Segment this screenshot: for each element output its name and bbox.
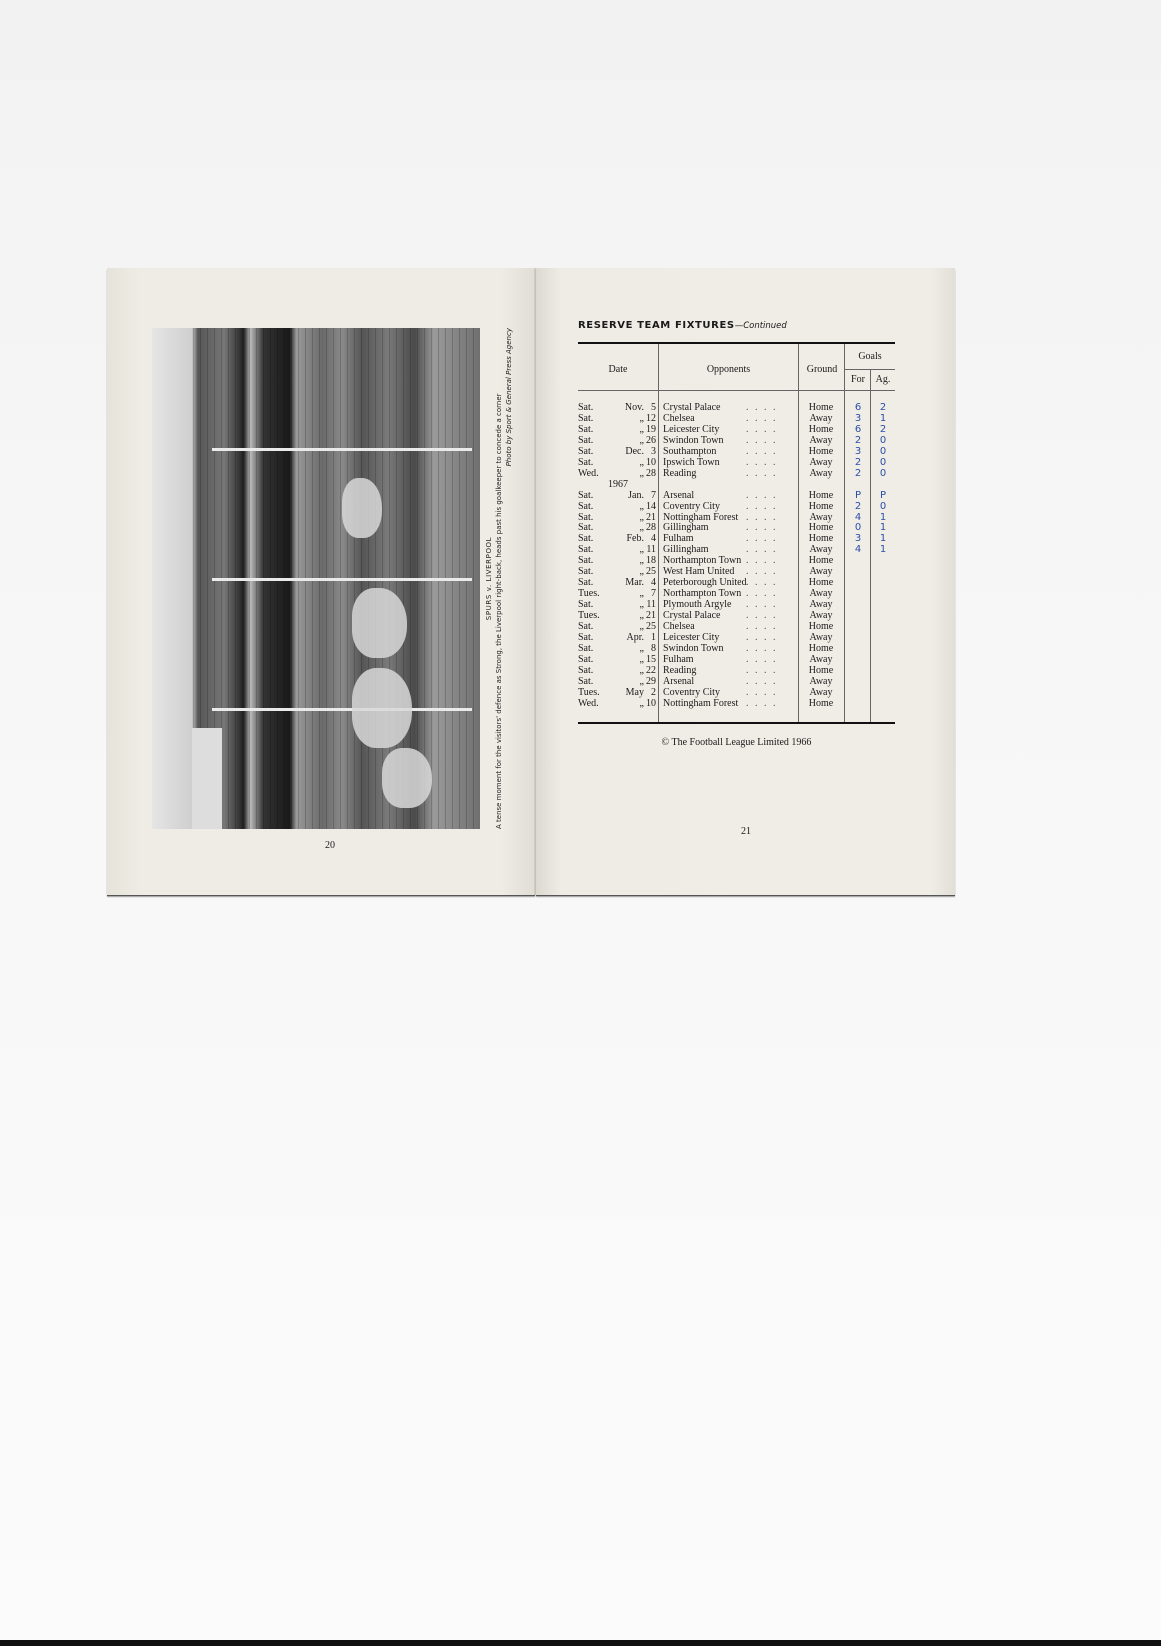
leader-dots: . . . . [746,665,778,676]
goals-against: 0 [871,446,895,457]
fixture-row: Sat.„22ReadingHome. . . . [578,665,895,676]
header-date: Date [578,364,658,375]
fixture-opponent: Plymouth Argyle [663,599,731,610]
fixture-opponent: Northampton Town [663,588,741,599]
fixture-opponent: Gillingham [663,522,709,533]
goals-against: P [871,490,895,501]
page-number-left: 20 [325,840,335,851]
fixture-day: Sat. [578,555,593,566]
fixture-day: Sat. [578,621,593,632]
fixture-month: „ [608,522,644,533]
left-page: SPURS v. LIVERPOOL A tense moment for th… [107,268,535,895]
fixture-date: 21 [642,610,656,621]
goals-against: 0 [871,457,895,468]
fixture-ground: Away [799,457,843,468]
fixture-opponent: Southampton [663,446,716,457]
fixture-date: 8 [642,643,656,654]
fixture-date: 22 [642,665,656,676]
caption-text: A tense moment for the visitors' defence… [494,328,504,829]
goals-for: 0 [846,522,870,533]
copyright-notice: © The Football League Limited 1966 [578,737,895,748]
fixture-month: „ [608,643,644,654]
right-page: RESERVE TEAM FIXTURES—Continued Date Opp… [536,268,955,895]
fixture-ground: Away [799,676,843,687]
title-text: RESERVE TEAM FIXTURES [578,320,735,331]
fixture-date: 29 [642,676,656,687]
goals-for: 4 [846,544,870,555]
fixture-row: Sat.Feb.4FulhamHome31. . . . [578,533,895,544]
fixture-date: 15 [642,654,656,665]
fixture-opponent: Reading [663,665,696,676]
fixture-date: 12 [642,413,656,424]
fixture-day: Sat. [578,512,593,523]
match-photo [152,328,480,829]
fixture-opponent: Chelsea [663,413,695,424]
fixture-date: 28 [642,522,656,533]
fixture-opponent: Nottingham Forest [663,512,738,523]
header-opponents: Opponents [659,364,798,375]
fixture-date: 21 [642,512,656,523]
caption-title: SPURS v. LIVERPOOL [484,328,494,829]
fixture-ground: Home [799,665,843,676]
leader-dots: . . . . [746,522,778,533]
fixture-ground: Away [799,544,843,555]
fixture-month: „ [608,544,644,555]
goals-against: 1 [871,544,895,555]
leader-dots: . . . . [746,490,778,501]
goals-for: 3 [846,446,870,457]
fixture-row: Sat.„10Ipswich TownAway20. . . . [578,457,895,468]
fixture-row: Sat.„25ChelseaHome. . . . [578,621,895,632]
fixture-opponent: Northampton Town [663,555,741,566]
fixture-month: Mar. [608,577,644,588]
goals-against: 0 [871,435,895,446]
goals-against: 1 [871,533,895,544]
fixture-month: „ [608,555,644,566]
fixture-month: „ [608,599,644,610]
fixture-day: Sat. [578,490,593,501]
fixture-month: „ [608,435,644,446]
fixture-month: „ [608,413,644,424]
leader-dots: . . . . [746,566,778,577]
fixture-row: Sat.„19Leicester CityHome62. . . . [578,424,895,435]
fixture-opponent: Chelsea [663,621,695,632]
fixture-ground: Home [799,555,843,566]
fixture-row: Wed.„28ReadingAway20. . . . [578,468,895,479]
fixture-ground: Home [799,533,843,544]
fixture-date: 19 [642,424,656,435]
fixture-row: Sat.„26Swindon TownAway20. . . . [578,435,895,446]
fixture-day: Sat. [578,435,593,446]
year-divider: 1967 [608,479,628,490]
fixture-month: „ [608,424,644,435]
leader-dots: . . . . [746,621,778,632]
fixture-date: 18 [642,555,656,566]
fixture-opponent: Reading [663,468,696,479]
fixture-opponent: Coventry City [663,501,720,512]
title-suffix: —Continued [735,321,787,331]
header-ground: Ground [799,364,845,375]
leader-dots: . . . . [746,402,778,413]
goals-for: 3 [846,413,870,424]
fixture-opponent: Peterborough United [663,577,747,588]
fixture-day: Sat. [578,566,593,577]
fixture-day: Wed. [578,698,599,709]
fixture-day: Sat. [578,599,593,610]
fixture-month: „ [608,457,644,468]
fixture-date: 25 [642,566,656,577]
fixture-row: Sat.„18Northampton TownHome. . . . [578,555,895,566]
fixture-row: Sat.Apr.1Leicester CityAway. . . . [578,632,895,643]
goals-for: 6 [846,424,870,435]
leader-dots: . . . . [746,501,778,512]
goals-for: 2 [846,468,870,479]
fixture-day: Sat. [578,632,593,643]
fixture-day: Tues. [578,610,600,621]
fixture-date: 11 [642,544,656,555]
fixture-ground: Away [799,435,843,446]
fixture-day: Sat. [578,457,593,468]
fixture-row: Tues.May2Coventry CityAway. . . . [578,687,895,698]
fixture-day: Sat. [578,446,593,457]
fixture-ground: Away [799,468,843,479]
fixture-date: 10 [642,457,656,468]
photo-caption: SPURS v. LIVERPOOL A tense moment for th… [484,328,526,829]
goals-against: 0 [871,468,895,479]
goals-against: 1 [871,413,895,424]
page-title: RESERVE TEAM FIXTURES—Continued [578,320,787,331]
leader-dots: . . . . [746,599,778,610]
fixture-row: Sat.Mar.4Peterborough UnitedHome. . . . [578,577,895,588]
goals-against: 1 [871,522,895,533]
scan-border [0,1640,1161,1646]
fixture-opponent: Swindon Town [663,435,724,446]
fixture-month: Jan. [608,490,644,501]
fixture-date: 7 [642,490,656,501]
leader-dots: . . . . [746,577,778,588]
fixture-row: Sat.„11Plymouth ArgyleAway. . . . [578,599,895,610]
fixture-day: Sat. [578,654,593,665]
fixture-month: May [608,687,644,698]
fixture-opponent: Nottingham Forest [663,698,738,709]
fixture-month: „ [608,621,644,632]
leader-dots: . . . . [746,676,778,687]
fixture-month: „ [608,676,644,687]
leader-dots: . . . . [746,632,778,643]
fixture-date: 4 [642,577,656,588]
fixture-opponent: West Ham United [663,566,734,577]
fixture-day: Sat. [578,413,593,424]
fixture-ground: Home [799,402,843,413]
fixture-ground: Home [799,643,843,654]
fixture-row: Sat.„11GillinghamAway41. . . . [578,544,895,555]
fixture-month: „ [608,566,644,577]
header-goals: Goals [845,351,895,362]
fixture-month: „ [608,501,644,512]
fixture-opponent: Crystal Palace [663,402,720,413]
goals-for: 2 [846,435,870,446]
fixture-date: 10 [642,698,656,709]
fixture-ground: Away [799,566,843,577]
fixture-day: Sat. [578,501,593,512]
fixture-ground: Home [799,522,843,533]
fixture-month: „ [608,665,644,676]
leader-dots: . . . . [746,588,778,599]
open-booklet: SPURS v. LIVERPOOL A tense moment for th… [107,268,955,895]
fixture-date: 11 [642,599,656,610]
goals-against: 2 [871,402,895,413]
fixture-month: Apr. [608,632,644,643]
fixture-row: Sat.„15FulhamAway. . . . [578,654,895,665]
fixture-row: Sat.Nov.5Crystal PalaceHome62. . . . [578,402,895,413]
fixture-ground: Home [799,621,843,632]
fixture-ground: Away [799,588,843,599]
fixture-day: Tues. [578,687,600,698]
fixture-ground: Away [799,632,843,643]
header-against: Ag. [871,374,895,385]
fixture-day: Sat. [578,424,593,435]
fixture-ground: Away [799,687,843,698]
fixture-date: 28 [642,468,656,479]
fixture-ground: Away [799,610,843,621]
goals-for: 4 [846,512,870,523]
fixture-opponent: Gillingham [663,544,709,555]
fixture-month: „ [608,468,644,479]
leader-dots: . . . . [746,643,778,654]
goals-for: 6 [846,402,870,413]
fixture-row: Tues.„7Northampton TownAway. . . . [578,588,895,599]
fixture-date: 4 [642,533,656,544]
goals-against: 2 [871,424,895,435]
fixture-row: Sat.„25West Ham UnitedAway. . . . [578,566,895,577]
leader-dots: . . . . [746,555,778,566]
fixture-row: Sat.„14Coventry CityHome20. . . . [578,501,895,512]
fixture-row: Tues.„21Crystal PalaceAway. . . . [578,610,895,621]
fixture-opponent: Swindon Town [663,643,724,654]
fixture-day: Tues. [578,588,600,599]
fixture-day: Sat. [578,544,593,555]
fixture-ground: Home [799,424,843,435]
fixture-opponent: Fulham [663,654,694,665]
leader-dots: . . . . [746,544,778,555]
fixture-day: Sat. [578,665,593,676]
leader-dots: . . . . [746,446,778,457]
fixture-row: Sat.Jan.7ArsenalHomePP. . . . [578,490,895,501]
fixture-row: Wed.„10Nottingham ForestHome. . . . [578,698,895,709]
fixture-ground: Home [799,490,843,501]
fixture-opponent: Fulham [663,533,694,544]
fixture-opponent: Ipswich Town [663,457,720,468]
leader-dots: . . . . [746,413,778,424]
leader-dots: . . . . [746,687,778,698]
fixture-day: Wed. [578,468,599,479]
fixture-opponent: Leicester City [663,424,719,435]
fixture-date: 26 [642,435,656,446]
fixture-ground: Away [799,599,843,610]
goals-for: 3 [846,533,870,544]
fixture-row: Sat.„12ChelseaAway31. . . . [578,413,895,424]
header-for: For [845,374,871,385]
leader-dots: . . . . [746,457,778,468]
goals-against: 0 [871,501,895,512]
fixture-ground: Home [799,577,843,588]
fixture-opponent: Crystal Palace [663,610,720,621]
fixture-opponent: Leicester City [663,632,719,643]
fixture-ground: Home [799,501,843,512]
fixture-month: „ [608,588,644,599]
leader-dots: . . . . [746,424,778,435]
fixture-date: 7 [642,588,656,599]
fixture-day: Sat. [578,402,593,413]
fixture-date: 14 [642,501,656,512]
fixture-day: Sat. [578,533,593,544]
leader-dots: . . . . [746,468,778,479]
fixture-row: Sat.„21Nottingham ForestAway41. . . . [578,512,895,523]
fixture-month: Feb. [608,533,644,544]
leader-dots: . . . . [746,533,778,544]
fixture-row: Sat.Dec.3SouthamptonHome30. . . . [578,446,895,457]
fixture-date: 25 [642,621,656,632]
fixture-date: 1 [642,632,656,643]
photo-credit: Photo by Sport & General Press Agency [504,328,514,829]
fixture-date: 3 [642,446,656,457]
fixture-date: 2 [642,687,656,698]
fixture-month: Dec. [608,446,644,457]
fixture-ground: Away [799,654,843,665]
fixture-row: Sat.„29ArsenalAway. . . . [578,676,895,687]
fixture-day: Sat. [578,522,593,533]
leader-dots: . . . . [746,654,778,665]
fixture-row: Sat.„28GillinghamHome01. . . . [578,522,895,533]
fixture-date: 5 [642,402,656,413]
fixture-month: „ [608,654,644,665]
fixture-month: „ [608,512,644,523]
fixture-ground: Home [799,446,843,457]
fixture-day: Sat. [578,643,593,654]
fixture-opponent: Coventry City [663,687,720,698]
fixture-day: Sat. [578,676,593,687]
goals-against: 1 [871,512,895,523]
fixture-month: „ [608,698,644,709]
fixture-opponent: Arsenal [663,490,694,501]
leader-dots: . . . . [746,512,778,523]
leader-dots: . . . . [746,698,778,709]
page-number-right: 21 [741,826,751,837]
fixture-ground: Away [799,413,843,424]
leader-dots: . . . . [746,435,778,446]
leader-dots: . . . . [746,610,778,621]
fixture-day: Sat. [578,577,593,588]
goals-for: P [846,490,870,501]
fixture-row: Sat.„8Swindon TownHome. . . . [578,643,895,654]
goals-for: 2 [846,457,870,468]
fixture-ground: Home [799,698,843,709]
goals-for: 2 [846,501,870,512]
fixture-opponent: Arsenal [663,676,694,687]
fixture-month: „ [608,610,644,621]
fixture-month: Nov. [608,402,644,413]
fixture-ground: Away [799,512,843,523]
